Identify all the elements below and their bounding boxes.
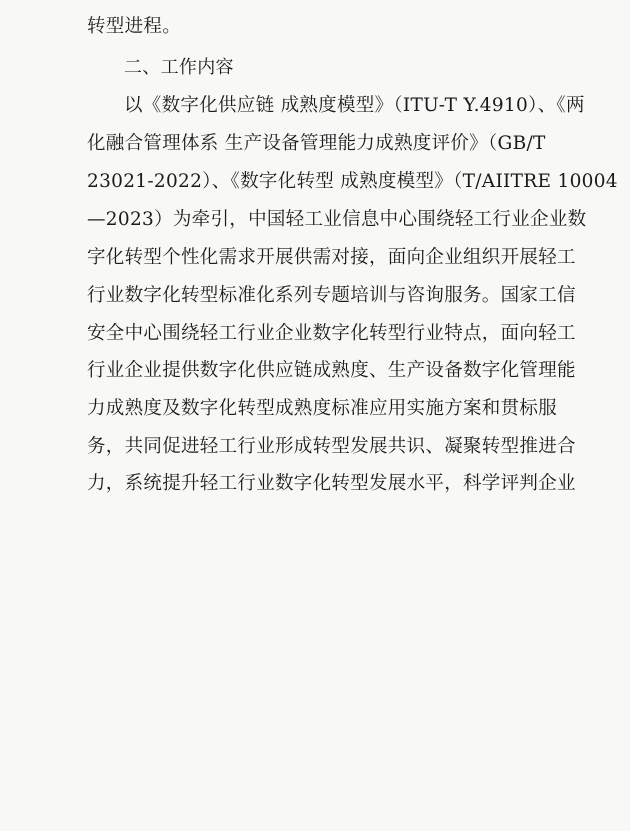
paragraph-line: 务，共同促进轻工行业形成转型发展共识、凝聚转型推进合 [87,435,539,459]
paragraph-line: 力成熟度及数字化转型成熟度标准应用实施方案和贯标服 [87,397,539,421]
paragraph-line: 23021-2022）、《数字化转型 成熟度模型》（T/AIITRE 10004 [87,170,539,194]
paragraph-line: 化融合管理体系 生产设备管理能力成熟度评价》（GB/T [87,132,539,156]
paragraph-line: 行业企业提供数字化供应链成熟度、生产设备数字化管理能 [87,359,539,383]
document-page: 转型进程。 二、工作内容 以《数字化供应链 成熟度模型》（ITU-T Y.491… [0,0,630,831]
paragraph-line: 安全中心围绕轻工行业企业数字化转型行业特点，面向轻工 [87,322,539,346]
paragraph-line: 以《数字化供应链 成熟度模型》（ITU-T Y.4910）、《两 [124,94,539,118]
paragraph-line: 字化转型个性化需求开展供需对接，面向企业组织开展轻工 [87,246,539,270]
paragraph-line: 力，系统提升轻工行业数字化转型发展水平，科学评判企业 [87,472,539,496]
paragraph-line: —2023）为牵引，中国轻工业信息中心围绕轻工行业企业数 [87,208,539,232]
section-heading-work-content: 二、工作内容 [124,56,539,80]
paragraph-line: 行业数字化转型标准化系列专题培训与咨询服务。国家工信 [87,284,539,308]
intro-tail-text: 转型进程。 [87,15,539,39]
